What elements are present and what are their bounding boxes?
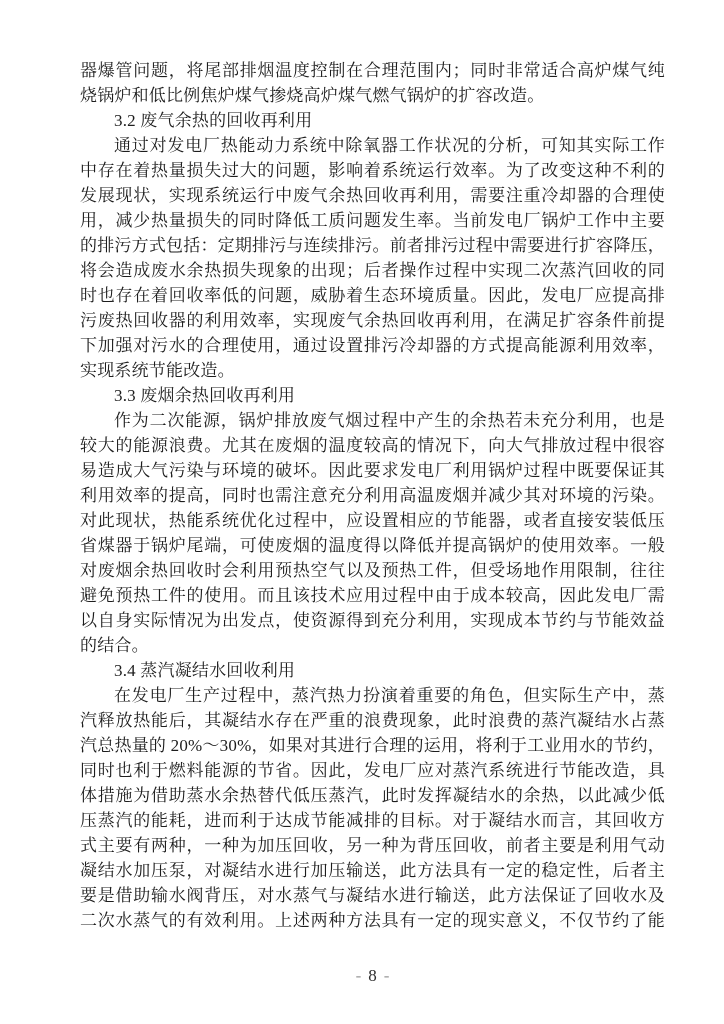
text-line: 式主要有两种，一种为加压回收，另一种为背压回收，前者主要是利用气动 xyxy=(80,833,665,858)
text-line: 的排污方式包括：定期排污与连续排污。前者排污过程中需要进行扩容降压， xyxy=(80,233,665,258)
text-line: 压蒸汽的能耗，进而利于达成节能减排的目标。对于凝结水而言，其回收方 xyxy=(80,808,665,833)
section-heading: 3.2 废气余热的回收再利用 xyxy=(80,108,665,133)
footer-dash-right: - xyxy=(384,966,390,985)
text-line: 避免预热工件的使用。而且该技术应用过程中由于成本较高，因此发电厂需 xyxy=(80,583,665,608)
document-page: 器爆管问题，将尾部排烟温度控制在合理范围内；同时非常适合高炉煤气纯烧锅炉和低比例… xyxy=(0,0,724,1024)
text-line: 时也存在着回收率低的问题，威胁着生态环境质量。因此，发电厂应提高排 xyxy=(80,283,665,308)
text-line: 在发电厂生产过程中，蒸汽热力扮演着重要的角色，但实际生产中，蒸 xyxy=(80,683,665,708)
text-line: 对废烟余热回收时会利用预热空气以及预热工件，但受场地作用限制，往往 xyxy=(80,558,665,583)
text-line: 下加强对污水的合理使用，通过设置排污冷却器的方式提高能源利用效率， xyxy=(80,333,665,358)
text-line: 作为二次能源，锅炉排放废气烟过程中产生的余热若未充分利用，也是 xyxy=(80,408,665,433)
text-line: 汽总热量的 20%～30%，如果对其进行合理的运用，将利于工业用水的节约， xyxy=(80,733,665,758)
section-heading: 3.4 蒸汽凝结水回收利用 xyxy=(80,658,665,683)
text-line: 发展现状，实现系统运行中废气余热回收再利用，需要注重冷却器的合理使 xyxy=(80,183,665,208)
document-body: 器爆管问题，将尾部排烟温度控制在合理范围内；同时非常适合高炉煤气纯烧锅炉和低比例… xyxy=(80,58,665,933)
text-line: 用，减少热量损失的同时降低工质问题发生率。当前发电厂锅炉工作中主要 xyxy=(80,208,665,233)
text-line: 将会造成废水余热损失现象的出现；后者操作过程中实现二次蒸汽回收的同 xyxy=(80,258,665,283)
text-line: 易造成大气污染与环境的破坏。因此要求发电厂利用锅炉过程中既要保证其 xyxy=(80,458,665,483)
text-line: 凝结水加压泵，对凝结水进行加压输送，此方法具有一定的稳定性，后者主 xyxy=(80,858,665,883)
text-line: 通过对发电厂热能动力系统中除氧器工作状况的分析，可知其实际工作 xyxy=(80,133,665,158)
text-line: 以自身实际情况为出发点，使资源得到充分利用，实现成本节约与节能效益 xyxy=(80,608,665,633)
text-line: 的结合。 xyxy=(80,633,665,658)
text-line: 省煤器于锅炉尾端，可使废烟的温度得以降低并提高锅炉的使用效率。一般 xyxy=(80,533,665,558)
text-line: 同时也利于燃料能源的节省。因此，发电厂应对蒸汽系统进行节能改造，具 xyxy=(80,758,665,783)
page-number: 8 xyxy=(368,966,377,985)
text-line: 汽释放热能后，其凝结水存在严重的浪费现象，此时浪费的蒸汽凝结水占蒸 xyxy=(80,708,665,733)
text-line: 较大的能源浪费。尤其在废烟的温度较高的情况下，向大气排放过程中很容 xyxy=(80,433,665,458)
text-line: 对此现状，热能系统优化过程中，应设置相应的节能器，或者直接安装低压 xyxy=(80,508,665,533)
section-heading: 3.3 废烟余热回收再利用 xyxy=(80,383,665,408)
text-line: 体措施为借助蒸水余热替代低压蒸汽，此时发挥凝结水的余热，以此减少低 xyxy=(80,783,665,808)
page-footer: -8- xyxy=(80,967,665,984)
text-line: 实现系统节能改造。 xyxy=(80,358,665,383)
text-line: 烧锅炉和低比例焦炉煤气掺烧高炉煤气燃气锅炉的扩容改造。 xyxy=(80,83,665,108)
text-line: 器爆管问题，将尾部排烟温度控制在合理范围内；同时非常适合高炉煤气纯 xyxy=(80,58,665,83)
footer-dash-left: - xyxy=(356,966,362,985)
text-line: 利用效率的提高，同时也需注意充分利用高温废烟并减少其对环境的污染。 xyxy=(80,483,665,508)
text-line: 污废热回收器的利用效率，实现废气余热回收再利用，在满足扩容条件前提 xyxy=(80,308,665,333)
text-line: 二次水蒸气的有效利用。上述两种方法具有一定的现实意义，不仅节约了能 xyxy=(80,908,665,933)
text-line: 中存在着热量损失过大的问题，影响着系统运行效率。为了改变这种不利的 xyxy=(80,158,665,183)
text-line: 要是借助输水阀背压，对水蒸气与凝结水进行输送，此方法保证了回收水及 xyxy=(80,883,665,908)
